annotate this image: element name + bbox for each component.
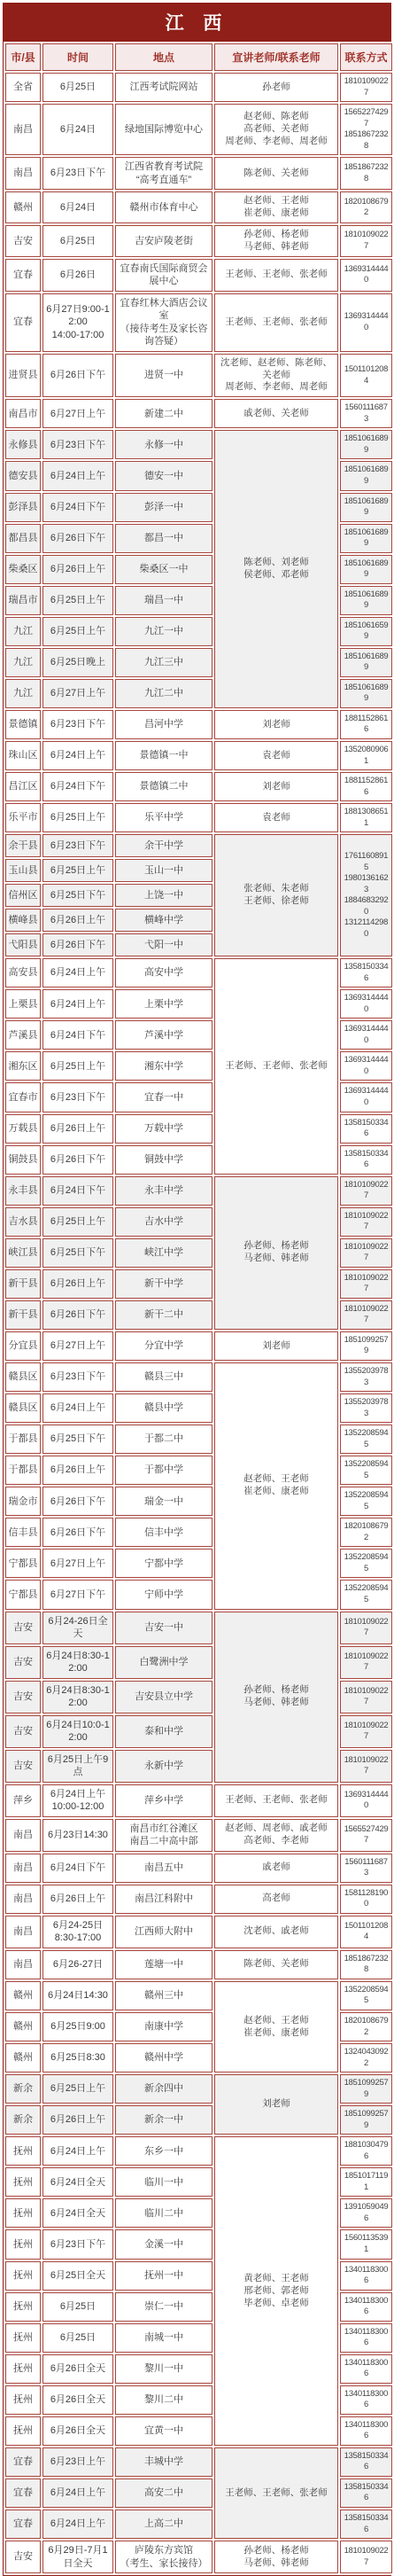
region-cell: 南昌市 [5, 399, 41, 428]
time-cell: 6月24日 [42, 104, 113, 155]
table-row: 宜春6月27日9:00-12:00 14:00-17:00宜春红林大酒店会议室 … [5, 293, 392, 352]
region-cell: 抚州 [5, 2261, 41, 2291]
teachers-cell: 赵老师、王老师 崔老师、康老师 [214, 1981, 338, 2073]
region-cell: 吉安 [5, 1750, 41, 1783]
time-cell: 6月26-27日 [42, 1950, 113, 1979]
teachers-cell: 赵老师、陈老师 高老师、关老师 周老师、李老师、周老师 [214, 104, 338, 155]
time-cell: 6月23日下午 [42, 2229, 113, 2259]
phone-cell: 18101090227 [340, 1176, 392, 1206]
location-cell: 黎川一中 [115, 2354, 212, 2384]
phone-cell: 15811281900 [340, 1885, 392, 1914]
location-cell: 万载中学 [115, 1114, 212, 1144]
phone-cell: 18101090227 [340, 1269, 392, 1299]
region-cell: 抚州 [5, 2136, 41, 2166]
location-cell: 赣州中学 [115, 2043, 212, 2073]
table-row: 珠山区6月24日上午景德镇一中袁老师13520809061 [5, 741, 392, 770]
region-cell: 新余 [5, 2105, 41, 2135]
header-row: 市/县 时间 地点 宣讲老师/联系老师 联系方式 [5, 43, 392, 71]
location-cell: 宁都中学 [115, 1549, 212, 1578]
time-cell: 6月24日上午 [42, 461, 113, 490]
phone-cell: 13581503346 [340, 958, 392, 987]
teachers-cell: 赵老师、王老师 崔老师、康老师 [214, 191, 338, 223]
region-cell: 赣州 [5, 1981, 41, 2010]
teachers-cell: 孙老师、杨老师 马老师、韩老师 [214, 2541, 338, 2573]
location-cell: 新余四中 [115, 2074, 212, 2104]
region-cell: 吉安 [5, 1715, 41, 1748]
region-cell: 峡江县 [5, 1238, 41, 1268]
phone-cell: 13401183006 [340, 2385, 392, 2415]
time-cell: 6月25日 [42, 225, 113, 257]
phone-cell: 15601135391 [340, 2229, 392, 2259]
location-cell: 白鹭洲中学 [115, 1646, 212, 1679]
region-cell: 珠山区 [5, 741, 41, 770]
location-cell: 芦溪中学 [115, 1020, 212, 1050]
region-cell: 新干县 [5, 1269, 41, 1299]
location-cell: 九江一中 [115, 617, 212, 646]
region-cell: 都昌县 [5, 524, 41, 553]
time-cell: 6月23日14:30 [42, 1819, 113, 1852]
location-cell: 新干中学 [115, 1269, 212, 1299]
teachers-cell: 黄老师、王老师 邢老师、郭老师 毕老师、卓老师 [214, 2136, 338, 2446]
region-cell: 南昌 [5, 1819, 41, 1852]
phone-cell: 13693144440 [340, 989, 392, 1019]
region-cell: 宁都县 [5, 1580, 41, 1609]
region-cell: 余干县 [5, 834, 41, 857]
region-cell: 高安县 [5, 958, 41, 987]
location-cell: 都昌一中 [115, 524, 212, 553]
time-cell: 6月27日上午 [42, 1549, 113, 1578]
time-cell: 6月26日下午 [42, 1145, 113, 1175]
phone-cell: 18510616899 [340, 555, 392, 584]
location-cell: 江西省教育考试院 “高考直通车” [115, 157, 212, 190]
time-cell: 6月24日下午 [42, 1020, 113, 1050]
time-cell: 6月27日下午 [42, 1580, 113, 1609]
table-row: 景德镇6月23日下午昌河中学刘老师18811528616 [5, 710, 392, 739]
region-cell: 抚州 [5, 2354, 41, 2384]
phone-cell: 18101090227 [340, 1646, 392, 1679]
time-cell: 6月26日下午 [42, 524, 113, 553]
table-row: 赣州6月24日14:30赣州三中赵老师、王老师 崔老师、康老师135220859… [5, 1981, 392, 2010]
location-cell: 赣县中学 [115, 1393, 212, 1423]
location-cell: 绿地国际博览中心 [115, 104, 212, 155]
region-cell: 进贤县 [5, 354, 41, 398]
phone-cell: 18510992579 [340, 2074, 392, 2104]
location-cell: 莲塘一中 [115, 1950, 212, 1979]
location-cell: 萍乡中学 [115, 1784, 212, 1817]
teachers-cell: 刘老师 [214, 710, 338, 739]
table-row: 南昌6月23日下午江西省教育考试院 “高考直通车”陈老师、关老师18518672… [5, 157, 392, 190]
teachers-cell: 孙老师、杨老师 马老师、韩老师 [214, 1176, 338, 1330]
time-cell: 6月27日上午 [42, 399, 113, 428]
table-row: 抚州6月24日上午东乡一中黄老师、王老师 邢老师、郭老师 毕老师、卓老师1881… [5, 2136, 392, 2166]
teachers-cell: 王老师、王老师、张老师 [214, 958, 338, 1174]
region-cell: 抚州 [5, 2198, 41, 2228]
region-cell: 南昌 [5, 1916, 41, 1948]
region-cell: 玉山县 [5, 859, 41, 882]
table-header: 市/县 时间 地点 宣讲老师/联系老师 联系方式 [5, 43, 392, 71]
time-cell: 6月23日下午 [42, 710, 113, 739]
location-cell: 江西考试院网站 [115, 73, 212, 102]
phone-cell: 13693144440 [340, 1020, 392, 1050]
location-cell: 九江二中 [115, 679, 212, 708]
location-cell: 瑞昌一中 [115, 586, 212, 615]
teachers-cell: 孙老师、杨老师 马老师、韩老师 [214, 1612, 338, 1783]
region-cell: 南昌 [5, 1950, 41, 1979]
location-cell: 南昌市红谷滩区 南昌二中高中部 [115, 1819, 212, 1852]
region-cell: 瑞金市 [5, 1487, 41, 1516]
region-cell: 抚州 [5, 2323, 41, 2353]
region-cell: 昌江区 [5, 772, 41, 801]
time-cell: 6月24日全天 [42, 2167, 113, 2197]
time-cell: 6月24日上午 [42, 989, 113, 1019]
time-cell: 6月24日上午 [42, 2136, 113, 2166]
location-cell: 泰和中学 [115, 1715, 212, 1748]
phone-cell: 18101090227 [340, 73, 392, 102]
time-cell: 6月24-25日 8:30-17:00 [42, 1916, 113, 1948]
time-cell: 6月25日下午 [42, 1425, 113, 1454]
phone-cell: 13522085945 [340, 1456, 392, 1485]
table-row: 昌江区6月24日下午景德镇二中刘老师18811528616 [5, 772, 392, 801]
time-cell: 6月24日14:30 [42, 1981, 113, 2010]
location-cell: 九江三中 [115, 648, 212, 677]
phone-cell: 18510616599 [340, 617, 392, 646]
region-cell: 抚州 [5, 2292, 41, 2322]
phone-cell: 18510616899 [340, 586, 392, 615]
time-cell: 6月25日晚上 [42, 648, 113, 677]
time-cell: 6月24日下午 [42, 493, 113, 522]
phone-cell: 18510616899 [340, 524, 392, 553]
teachers-cell: 陈老师、关老师 [214, 1950, 338, 1979]
time-cell: 6月25日8:30 [42, 2043, 113, 2073]
location-cell: 永修一中 [115, 430, 212, 459]
time-cell: 6月24日10:0-12:00 [42, 1715, 113, 1748]
location-cell: 进贤一中 [115, 354, 212, 398]
phone-cell: 18510992579 [340, 2105, 392, 2135]
location-cell: 南昌五中 [115, 1854, 212, 1883]
time-cell: 6月26日下午 [42, 1487, 113, 1516]
time-cell: 6月25日 [42, 2323, 113, 2353]
time-cell: 6月26日全天 [42, 2416, 113, 2446]
time-cell: 6月24日下午 [42, 1854, 113, 1883]
phone-cell: 13520809061 [340, 741, 392, 770]
time-cell: 6月25日 [42, 2292, 113, 2322]
location-cell: 乐平中学 [115, 803, 212, 832]
region-cell: 南昌 [5, 1885, 41, 1914]
time-cell: 6月25日上午 [42, 1051, 113, 1081]
region-cell: 吉安 [5, 225, 41, 257]
time-cell: 6月25日上午9点 [42, 1750, 113, 1783]
region-cell: 瑞昌市 [5, 586, 41, 615]
phone-cell: 18518672328 [340, 1950, 392, 1979]
phone-cell: 18101090227 [340, 1300, 392, 1330]
region-cell: 新干县 [5, 1300, 41, 1330]
table-row: 南昌6月24-25日 8:30-17:00江西师大附中沈老师、戚老师150110… [5, 1916, 392, 1948]
teachers-cell: 孙老师 [214, 73, 338, 102]
table-row: 进贤县6月26日下午进贤一中沈老师、赵老师、陈老师、关老师 周老师、李老师、周老… [5, 354, 392, 398]
region-cell: 分宜县 [5, 1331, 41, 1361]
region-cell: 抚州 [5, 2385, 41, 2415]
region-cell: 全省 [5, 73, 41, 102]
location-cell: 德安一中 [115, 461, 212, 490]
region-cell: 弋阳县 [5, 933, 41, 956]
time-cell: 6月26日上午 [42, 1114, 113, 1144]
phone-cell: 13401183006 [340, 2416, 392, 2446]
time-cell: 6月26日上午 [42, 1456, 113, 1485]
teachers-cell: 刘老师 [214, 1331, 338, 1361]
phone-cell: 18101090227 [340, 1715, 392, 1748]
table-row: 余干县6月23日下午余干中学张老师、朱老师 王老师、徐老师17611608915… [5, 834, 392, 857]
table-row: 永丰县6月24日下午永丰中学孙老师、杨老师 马老师、韩老师18101090227 [5, 1176, 392, 1206]
time-cell: 6月26日 [42, 259, 113, 292]
phone-cell: 13693144440 [340, 259, 392, 292]
phone-cell: 18101090227 [340, 2541, 392, 2573]
table-row: 新余6月25日上午新余四中刘老师18510992579 [5, 2074, 392, 2104]
location-cell: 柴桑区一中 [115, 555, 212, 584]
phone-cell: 13522085945 [340, 1981, 392, 2010]
location-cell: 东乡一中 [115, 2136, 212, 2166]
teachers-cell: 王老师、王老师、张老师 [214, 259, 338, 292]
region-cell: 信丰县 [5, 1518, 41, 1547]
region-cell: 宁都县 [5, 1549, 41, 1578]
region-cell: 于都县 [5, 1456, 41, 1485]
region-cell: 赣县区 [5, 1393, 41, 1423]
table-row: 萍乡6月24日上午 10:00-12:00萍乡中学王老师、王老师、张老师1369… [5, 1784, 392, 1817]
phone-cell: 13401183006 [340, 2323, 392, 2353]
teachers-cell: 袁老师 [214, 741, 338, 770]
table-row: 全省6月25日江西考试院网站孙老师18101090227 [5, 73, 392, 102]
phone-cell: 13581503346 [340, 1145, 392, 1175]
province-title: 江 西 [4, 4, 390, 42]
location-cell: 昌河中学 [115, 710, 212, 739]
location-cell: 庐陵东方宾馆 （考生、家长接待） [115, 2541, 212, 2573]
time-cell: 6月24-26日全天 [42, 1612, 113, 1644]
time-cell: 6月24日上午 10:00-12:00 [42, 1784, 113, 1817]
location-cell: 信丰中学 [115, 1518, 212, 1547]
location-cell: 景德镇一中 [115, 741, 212, 770]
location-cell: 于都中学 [115, 1456, 212, 1485]
phone-cell: 18101090227 [340, 1238, 392, 1268]
time-cell: 6月24日 [42, 191, 113, 223]
region-cell: 德安县 [5, 461, 41, 490]
teachers-cell: 王老师、王老师、张老师 [214, 1784, 338, 1817]
region-cell: 宜春市 [5, 1082, 41, 1112]
table-body: 全省6月25日江西考试院网站孙老师18101090227南昌6月24日绿地国际博… [5, 73, 392, 2573]
phone-cell: 18510171191 [340, 2167, 392, 2197]
phone-cell: 18101090227 [340, 1207, 392, 1237]
region-cell: 吉安 [5, 2541, 41, 2573]
location-cell: 玉山一中 [115, 859, 212, 882]
location-cell: 湘东中学 [115, 1051, 212, 1081]
time-cell: 6月25日9:00 [42, 2012, 113, 2041]
location-cell: 南康中学 [115, 2012, 212, 2041]
time-cell: 6月24日上午 [42, 2510, 113, 2539]
phone-cell: 15601116873 [340, 1854, 392, 1883]
phone-cell: 15011012084 [340, 1916, 392, 1948]
time-cell: 6月24日8:30-12:00 [42, 1646, 113, 1679]
teachers-cell: 张老师、朱老师 王老师、徐老师 [214, 834, 338, 956]
location-cell: 宜春一中 [115, 1082, 212, 1112]
teachers-cell: 刘老师 [214, 772, 338, 801]
region-cell: 赣州 [5, 2012, 41, 2041]
time-cell: 6月27日上午 [42, 679, 113, 708]
region-cell: 芦溪县 [5, 1020, 41, 1050]
time-cell: 6月24日下午 [42, 772, 113, 801]
teachers-cell: 陈老师、刘老师 侯老师、邓老师 [214, 430, 338, 708]
time-cell: 6月26日上午 [42, 909, 113, 932]
teachers-cell: 沈老师、戚老师 [214, 1916, 338, 1948]
location-cell: 赣县三中 [115, 1362, 212, 1392]
phone-cell: 17611608915 19801361623 18846832920 1312… [340, 834, 392, 956]
time-cell: 6月25日上午 [42, 2074, 113, 2104]
teachers-cell: 赵老师、周老师、戚老师 高老师、李老师 [214, 1819, 338, 1852]
time-cell: 6月27日上午 [42, 1331, 113, 1361]
time-cell: 6月26日上午 [42, 555, 113, 584]
location-cell: 景德镇二中 [115, 772, 212, 801]
location-cell: 永新中学 [115, 1750, 212, 1783]
region-cell: 吉安 [5, 1681, 41, 1713]
table-row: 吉安6月25日吉安庐陵老街孙老师、杨老师 马老师、韩老师18101090227 [5, 225, 392, 257]
time-cell: 6月25日上午 [42, 859, 113, 882]
time-cell: 6月24日上午 [42, 741, 113, 770]
region-cell: 彭泽县 [5, 493, 41, 522]
region-cell: 铜鼓县 [5, 1145, 41, 1175]
location-cell: 新干二中 [115, 1300, 212, 1330]
time-cell: 6月24日上午 [42, 958, 113, 987]
time-cell: 6月23日下午 [42, 430, 113, 459]
location-cell: 瑞金一中 [115, 1487, 212, 1516]
table-row: 高安县6月24日上午高安中学王老师、王老师、张老师13581503346 [5, 958, 392, 987]
region-cell: 宜春 [5, 2478, 41, 2508]
time-cell: 6月23日上午 [42, 2447, 113, 2477]
location-cell: 高安中学 [115, 958, 212, 987]
phone-cell: 13401183006 [340, 2261, 392, 2291]
location-cell: 抚州一中 [115, 2261, 212, 2291]
region-cell: 南昌 [5, 157, 41, 190]
location-cell: 崇仁一中 [115, 2292, 212, 2322]
phone-cell: 18813086511 [340, 803, 392, 832]
location-cell: 永丰中学 [115, 1176, 212, 1206]
location-cell: 临川二中 [115, 2198, 212, 2228]
phone-cell: 18101090227 [340, 1750, 392, 1783]
phone-cell: 18510616899 [340, 430, 392, 459]
region-cell: 乐平市 [5, 803, 41, 832]
region-cell: 上栗县 [5, 989, 41, 1019]
location-cell: 宁师中学 [115, 1580, 212, 1609]
table-row: 永修县6月23日下午永修一中陈老师、刘老师 侯老师、邓老师18510616899 [5, 430, 392, 459]
region-cell: 柴桑区 [5, 555, 41, 584]
location-cell: 横峰中学 [115, 909, 212, 932]
time-cell: 6月26日上午 [42, 1269, 113, 1299]
time-cell: 6月25日上午 [42, 803, 113, 832]
location-cell: 吉水中学 [115, 1207, 212, 1237]
time-cell: 6月25日下午 [42, 1238, 113, 1268]
teachers-cell: 赵老师、王老师 崔老师、康老师 [214, 1362, 338, 1610]
table-row: 赣县区6月23日下午赣县三中赵老师、王老师 崔老师、康老师13552039783 [5, 1362, 392, 1392]
phone-cell: 18101090227 [340, 225, 392, 257]
region-cell: 于都县 [5, 1425, 41, 1454]
region-cell: 九江 [5, 617, 41, 646]
location-cell: 于都二中 [115, 1425, 212, 1454]
location-cell: 宜春南氏国际商贸会展中心 [115, 259, 212, 292]
location-cell: 金溪一中 [115, 2229, 212, 2259]
time-cell: 6月25日上午 [42, 617, 113, 646]
schedule-table: 市/县 时间 地点 宣讲老师/联系老师 联系方式 全省6月25日江西考试院网站孙… [4, 42, 394, 2575]
location-cell: 赣州三中 [115, 1981, 212, 2010]
column-header-location: 地点 [115, 43, 212, 71]
teachers-cell: 沈老师、赵老师、陈老师、关老师 周老师、李老师、周老师 [214, 354, 338, 398]
table-row: 赣州6月24日赣州市体育中心赵老师、王老师 崔老师、康老师18201086792 [5, 191, 392, 223]
phone-cell: 13522085945 [340, 1425, 392, 1454]
phone-cell: 13552039783 [340, 1393, 392, 1423]
location-cell: 彭泽一中 [115, 493, 212, 522]
region-cell: 宜春 [5, 259, 41, 292]
time-cell: 6月23日下午 [42, 1082, 113, 1112]
phone-cell: 15011012084 [340, 354, 392, 398]
location-cell: 上饶一中 [115, 884, 212, 907]
phone-cell: 18101090227 [340, 1681, 392, 1713]
phone-cell: 13910590496 [340, 2198, 392, 2228]
phone-cell: 15601116873 [340, 399, 392, 428]
table-row: 南昌市6月27日上午新建二中戚老师、关老师15601116873 [5, 399, 392, 428]
time-cell: 6月26日上午 [42, 1885, 113, 1914]
location-cell: 峡江中学 [115, 1238, 212, 1268]
region-cell: 九江 [5, 648, 41, 677]
location-cell: 黎川二中 [115, 2385, 212, 2415]
location-cell: 江西师大附中 [115, 1916, 212, 1948]
table-row: 南昌6月26日上午南昌江科附中高老师15811281900 [5, 1885, 392, 1914]
region-cell: 抚州 [5, 2416, 41, 2446]
table-row: 南昌6月24日绿地国际博览中心赵老师、陈老师 高老师、关老师 周老师、李老师、周… [5, 104, 392, 155]
time-cell: 6月23日下午 [42, 157, 113, 190]
region-cell: 宜春 [5, 2447, 41, 2477]
location-cell: 弋阳一中 [115, 933, 212, 956]
phone-cell: 18510616899 [340, 461, 392, 490]
teachers-cell: 刘老师 [214, 2074, 338, 2135]
phone-cell: 18518672328 [340, 157, 392, 190]
region-cell: 吉水县 [5, 1207, 41, 1237]
location-cell: 吉安庐陵老街 [115, 225, 212, 257]
teachers-cell: 王老师、王老师、张老师 [214, 293, 338, 352]
location-cell: 丰城中学 [115, 2447, 212, 2477]
phone-cell: 18811528616 [340, 772, 392, 801]
location-cell: 临川一中 [115, 2167, 212, 2197]
phone-cell: 13581503346 [340, 1114, 392, 1144]
phone-cell: 13693144440 [340, 1051, 392, 1081]
phone-cell: 13581503346 [340, 2478, 392, 2508]
column-header-teachers: 宣讲老师/联系老师 [214, 43, 338, 71]
time-cell: 6月26日下午 [42, 1518, 113, 1547]
location-cell: 上高二中 [115, 2510, 212, 2539]
location-cell: 吉安一中 [115, 1612, 212, 1644]
region-cell: 抚州 [5, 2167, 41, 2197]
teachers-cell: 袁老师 [214, 803, 338, 832]
location-cell: 铜鼓中学 [115, 1145, 212, 1175]
table-row: 分宜县6月27日上午分宜中学刘老师18510992579 [5, 1331, 392, 1361]
location-cell: 赣州市体育中心 [115, 191, 212, 223]
jiangxi-schedule-panel: 江 西 市/县 时间 地点 宣讲老师/联系老师 联系方式 全省6月25日江西考试… [3, 3, 391, 2576]
phone-cell: 13522085945 [340, 1487, 392, 1516]
region-cell: 九江 [5, 679, 41, 708]
region-cell: 万载县 [5, 1114, 41, 1144]
phone-cell: 13401183006 [340, 2354, 392, 2384]
phone-cell: 13693144440 [340, 1784, 392, 1817]
phone-cell: 18101090227 [340, 1612, 392, 1644]
time-cell: 6月24日上午 [42, 1393, 113, 1423]
region-cell: 赣县区 [5, 1362, 41, 1392]
location-cell: 宜黄一中 [115, 2416, 212, 2446]
teachers-cell: 孙老师、杨老师 马老师、韩老师 [214, 225, 338, 257]
phone-cell: 18201086792 [340, 2012, 392, 2041]
